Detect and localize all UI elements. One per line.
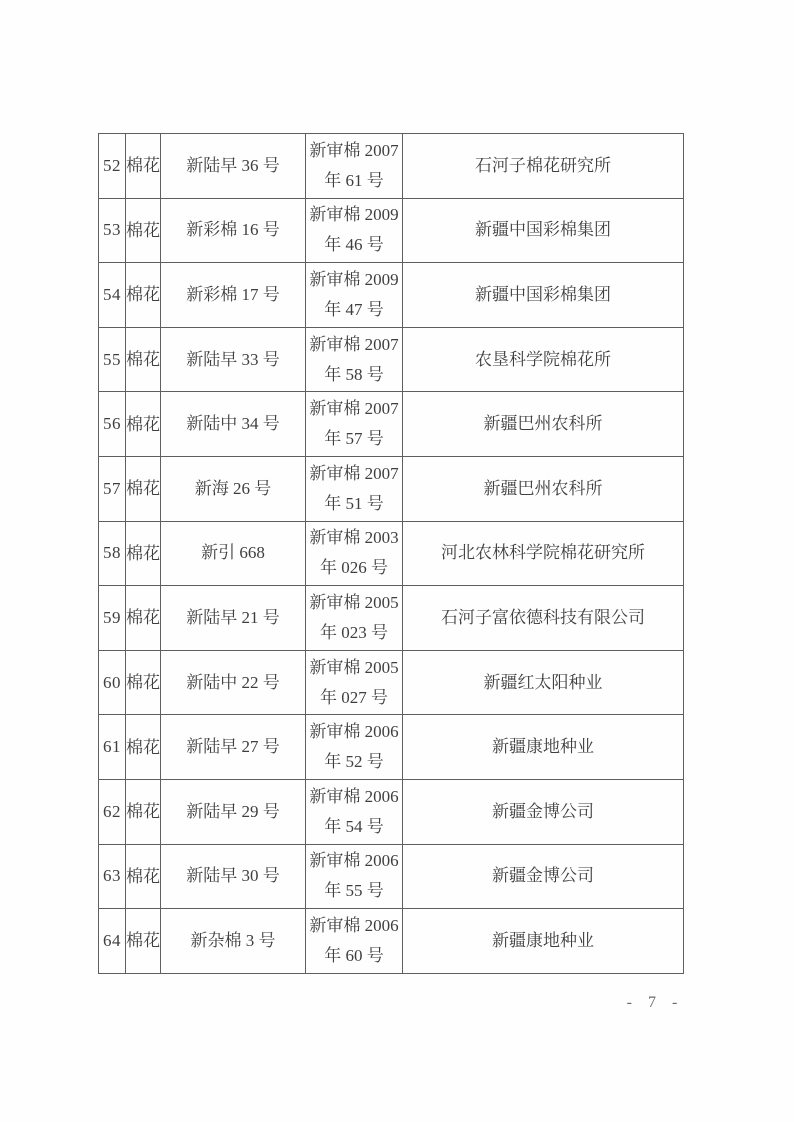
cell-variety-name: 新陆早 27 号 bbox=[161, 715, 306, 780]
cell-approval-number: 新审棉 2007年 58 号 bbox=[306, 327, 403, 392]
cell-crop-type: 棉花 bbox=[126, 392, 161, 457]
approval-line-1: 新审棉 2006 bbox=[306, 911, 402, 941]
approval-line-1: 新审棉 2009 bbox=[306, 265, 402, 295]
cell-variety-name: 新引 668 bbox=[161, 521, 306, 586]
approval-line-2: 年 57 号 bbox=[306, 424, 402, 454]
table-row: 63棉花新陆早 30 号新审棉 2006年 55 号新疆金博公司 bbox=[99, 844, 684, 909]
approval-line-2: 年 027 号 bbox=[306, 683, 402, 713]
table-row: 52棉花新陆早 36 号新审棉 2007年 61 号石河子棉花研究所 bbox=[99, 134, 684, 199]
approval-line-2: 年 026 号 bbox=[306, 553, 402, 583]
cell-row-number: 64 bbox=[99, 909, 126, 974]
cell-variety-name: 新陆早 30 号 bbox=[161, 844, 306, 909]
cell-crop-type: 棉花 bbox=[126, 715, 161, 780]
approval-line-1: 新审棉 2003 bbox=[306, 523, 402, 553]
cell-variety-name: 新陆早 21 号 bbox=[161, 586, 306, 651]
cell-crop-type: 棉花 bbox=[126, 586, 161, 651]
cell-organization: 农垦科学院棉花所 bbox=[403, 327, 684, 392]
approval-line-1: 新审棉 2006 bbox=[306, 846, 402, 876]
cell-organization: 河北农林科学院棉花研究所 bbox=[403, 521, 684, 586]
cell-organization: 石河子富依德科技有限公司 bbox=[403, 586, 684, 651]
cell-crop-type: 棉花 bbox=[126, 263, 161, 328]
cell-crop-type: 棉花 bbox=[126, 909, 161, 974]
scanned-document-page: 52棉花新陆早 36 号新审棉 2007年 61 号石河子棉花研究所53棉花新彩… bbox=[0, 0, 794, 1122]
cell-row-number: 62 bbox=[99, 779, 126, 844]
approval-line-1: 新审棉 2007 bbox=[306, 394, 402, 424]
cell-row-number: 55 bbox=[99, 327, 126, 392]
table-row: 64棉花新杂棉 3 号新审棉 2006年 60 号新疆康地种业 bbox=[99, 909, 684, 974]
approval-line-2: 年 55 号 bbox=[306, 876, 402, 906]
table-row: 59棉花新陆早 21 号新审棉 2005年 023 号石河子富依德科技有限公司 bbox=[99, 586, 684, 651]
cell-approval-number: 新审棉 2006年 54 号 bbox=[306, 779, 403, 844]
table-body: 52棉花新陆早 36 号新审棉 2007年 61 号石河子棉花研究所53棉花新彩… bbox=[99, 134, 684, 974]
cell-row-number: 58 bbox=[99, 521, 126, 586]
approval-line-2: 年 61 号 bbox=[306, 166, 402, 196]
cell-organization: 新疆康地种业 bbox=[403, 715, 684, 780]
cell-variety-name: 新陆中 34 号 bbox=[161, 392, 306, 457]
cell-organization: 石河子棉花研究所 bbox=[403, 134, 684, 199]
cell-crop-type: 棉花 bbox=[126, 779, 161, 844]
cell-organization: 新疆红太阳种业 bbox=[403, 650, 684, 715]
cell-approval-number: 新审棉 2006年 60 号 bbox=[306, 909, 403, 974]
page-number: - 7 - bbox=[600, 994, 710, 1012]
cell-approval-number: 新审棉 2007年 51 号 bbox=[306, 456, 403, 521]
table-row: 61棉花新陆早 27 号新审棉 2006年 52 号新疆康地种业 bbox=[99, 715, 684, 780]
cell-crop-type: 棉花 bbox=[126, 456, 161, 521]
approval-line-2: 年 54 号 bbox=[306, 812, 402, 842]
cell-row-number: 52 bbox=[99, 134, 126, 199]
cell-variety-name: 新陆中 22 号 bbox=[161, 650, 306, 715]
approval-line-1: 新审棉 2007 bbox=[306, 136, 402, 166]
cell-variety-name: 新陆早 33 号 bbox=[161, 327, 306, 392]
cell-organization: 新疆巴州农科所 bbox=[403, 392, 684, 457]
cell-row-number: 59 bbox=[99, 586, 126, 651]
cell-approval-number: 新审棉 2005年 027 号 bbox=[306, 650, 403, 715]
cell-variety-name: 新彩棉 16 号 bbox=[161, 198, 306, 263]
approval-line-1: 新审棉 2006 bbox=[306, 782, 402, 812]
cell-approval-number: 新审棉 2005年 023 号 bbox=[306, 586, 403, 651]
approval-line-2: 年 58 号 bbox=[306, 360, 402, 390]
cell-approval-number: 新审棉 2007年 61 号 bbox=[306, 134, 403, 199]
approval-line-1: 新审棉 2007 bbox=[306, 459, 402, 489]
cell-approval-number: 新审棉 2009年 46 号 bbox=[306, 198, 403, 263]
approval-line-1: 新审棉 2006 bbox=[306, 717, 402, 747]
table-row: 53棉花新彩棉 16 号新审棉 2009年 46 号新疆中国彩棉集团 bbox=[99, 198, 684, 263]
approval-line-2: 年 46 号 bbox=[306, 230, 402, 260]
cell-organization: 新疆中国彩棉集团 bbox=[403, 263, 684, 328]
variety-registration-table: 52棉花新陆早 36 号新审棉 2007年 61 号石河子棉花研究所53棉花新彩… bbox=[98, 133, 684, 974]
approval-line-2: 年 023 号 bbox=[306, 618, 402, 648]
approval-line-1: 新审棉 2005 bbox=[306, 588, 402, 618]
cell-row-number: 53 bbox=[99, 198, 126, 263]
table-row: 54棉花新彩棉 17 号新审棉 2009年 47 号新疆中国彩棉集团 bbox=[99, 263, 684, 328]
cell-variety-name: 新彩棉 17 号 bbox=[161, 263, 306, 328]
cell-organization: 新疆康地种业 bbox=[403, 909, 684, 974]
approval-line-1: 新审棉 2005 bbox=[306, 653, 402, 683]
cell-row-number: 57 bbox=[99, 456, 126, 521]
cell-variety-name: 新杂棉 3 号 bbox=[161, 909, 306, 974]
cell-organization: 新疆金博公司 bbox=[403, 844, 684, 909]
cell-row-number: 54 bbox=[99, 263, 126, 328]
cell-organization: 新疆巴州农科所 bbox=[403, 456, 684, 521]
cell-crop-type: 棉花 bbox=[126, 521, 161, 586]
cell-row-number: 56 bbox=[99, 392, 126, 457]
cell-crop-type: 棉花 bbox=[126, 327, 161, 392]
cell-approval-number: 新审棉 2006年 55 号 bbox=[306, 844, 403, 909]
cell-row-number: 61 bbox=[99, 715, 126, 780]
table-row: 57棉花新海 26 号新审棉 2007年 51 号新疆巴州农科所 bbox=[99, 456, 684, 521]
table-row: 62棉花新陆早 29 号新审棉 2006年 54 号新疆金博公司 bbox=[99, 779, 684, 844]
approval-line-1: 新审棉 2009 bbox=[306, 200, 402, 230]
table-row: 58棉花新引 668新审棉 2003年 026 号河北农林科学院棉花研究所 bbox=[99, 521, 684, 586]
approval-line-2: 年 47 号 bbox=[306, 295, 402, 325]
cell-crop-type: 棉花 bbox=[126, 198, 161, 263]
cell-organization: 新疆金博公司 bbox=[403, 779, 684, 844]
table-row: 56棉花新陆中 34 号新审棉 2007年 57 号新疆巴州农科所 bbox=[99, 392, 684, 457]
cell-variety-name: 新陆早 29 号 bbox=[161, 779, 306, 844]
cell-row-number: 63 bbox=[99, 844, 126, 909]
cell-crop-type: 棉花 bbox=[126, 650, 161, 715]
cell-approval-number: 新审棉 2009年 47 号 bbox=[306, 263, 403, 328]
cell-row-number: 60 bbox=[99, 650, 126, 715]
cell-approval-number: 新审棉 2007年 57 号 bbox=[306, 392, 403, 457]
cell-variety-name: 新陆早 36 号 bbox=[161, 134, 306, 199]
approval-line-1: 新审棉 2007 bbox=[306, 330, 402, 360]
table-row: 55棉花新陆早 33 号新审棉 2007年 58 号农垦科学院棉花所 bbox=[99, 327, 684, 392]
approval-line-2: 年 51 号 bbox=[306, 489, 402, 519]
cell-crop-type: 棉花 bbox=[126, 134, 161, 199]
table-row: 60棉花新陆中 22 号新审棉 2005年 027 号新疆红太阳种业 bbox=[99, 650, 684, 715]
cell-crop-type: 棉花 bbox=[126, 844, 161, 909]
cell-approval-number: 新审棉 2003年 026 号 bbox=[306, 521, 403, 586]
cell-approval-number: 新审棉 2006年 52 号 bbox=[306, 715, 403, 780]
approval-line-2: 年 52 号 bbox=[306, 747, 402, 777]
cell-variety-name: 新海 26 号 bbox=[161, 456, 306, 521]
cell-organization: 新疆中国彩棉集团 bbox=[403, 198, 684, 263]
approval-line-2: 年 60 号 bbox=[306, 941, 402, 971]
